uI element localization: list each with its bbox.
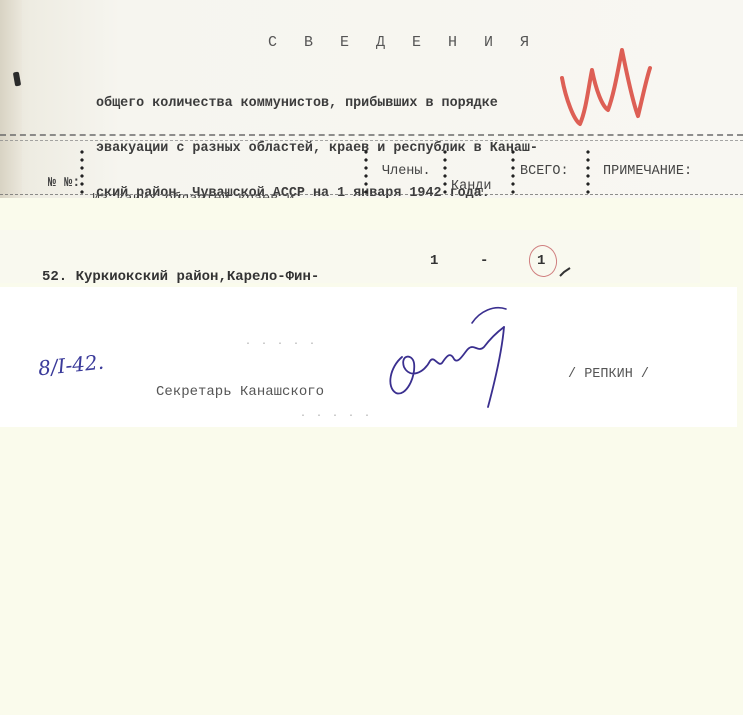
signature-block-scan: 8/I-42. Секретарь Канашского Райкома ВКП… [0, 287, 737, 427]
subtitle-line: эвакуации с разных областей, краев и рес… [96, 141, 656, 156]
header-candidates: Канди дать. [451, 149, 492, 198]
table-row-scan: 52. Куркиокский район,Карело-Фин- ской С… [0, 198, 743, 283]
row-members: 1 [430, 253, 438, 269]
handwritten-signature-icon [380, 297, 530, 412]
row-total: 1 [537, 253, 545, 269]
column-separator [443, 148, 447, 196]
row-number: 52. [42, 269, 67, 283]
signatory-position: Секретарь Канашского Райкома ВКП/б/ [156, 355, 324, 427]
document-header-scan: С В Е Д Е Н И Я общего количества коммун… [0, 0, 743, 198]
header-total: ВСЕГО: [520, 164, 569, 179]
signatory-name: / РЕПКИН / [568, 367, 649, 382]
header-members: Члены. [382, 164, 431, 179]
dot-leader: . . . . . [300, 409, 372, 420]
red-pencil-mark-icon [556, 40, 656, 130]
column-separator [364, 148, 368, 196]
header-number: № №: п/п: [48, 146, 80, 198]
table-row: 52. Куркиокский район,Карело-Фин- ской С… [42, 235, 327, 283]
check-tick-icon [558, 264, 574, 278]
header-origin: Из каких областей,краев и республик приб… [92, 162, 295, 198]
dot-leader: . . . . . [245, 337, 317, 348]
row-candidates: - [480, 253, 488, 269]
paper-fold-edge [0, 0, 22, 198]
table-top-rule [0, 134, 743, 141]
handwritten-date: 8/I-42. [37, 350, 105, 381]
row-origin: Куркиокский район,Карело-Фин- [76, 269, 320, 283]
column-separator [511, 148, 515, 196]
column-separator [586, 148, 590, 196]
column-separator [80, 148, 84, 196]
header-notes: ПРИМЕЧАНИЕ: [603, 164, 692, 179]
document-title: С В Е Д Е Н И Я [268, 34, 538, 51]
